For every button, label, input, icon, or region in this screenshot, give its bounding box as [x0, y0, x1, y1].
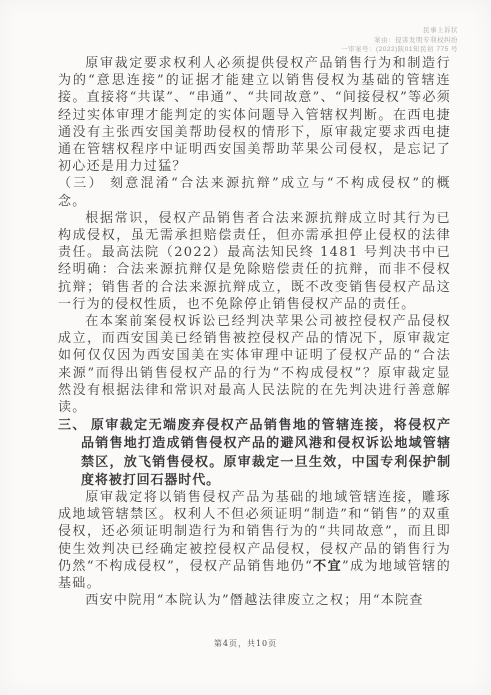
emphasized-term: 不宜 — [313, 559, 342, 574]
subsection-title: 刻意混淆“合法来源抗辩”成立与“不构成侵权”的概念。 — [58, 176, 451, 208]
case-number-label: 一审案号：(2022)陕01知民初 775 号 — [341, 45, 458, 55]
paragraph-prior-judgment: 在本案前案侵权诉讼已经判决苹果公司被控侵权产品侵权成立，而西安国美已经销售被控侵… — [58, 313, 451, 416]
document-page: 民事上诉状 案由：侵害发明专利权纠纷 一审案号：(2022)陕01知民初 775… — [0, 0, 491, 695]
paragraph-xian-court: 西安中院用“本院认为”僭越法律废立之权；用“本院查 — [58, 592, 451, 609]
doc-type-label: 民事上诉状 — [341, 26, 458, 36]
section-title: 原审裁定无端废弃侵权产品销售地的管辖连接，将侵权产品销售地打造成销售侵权产品的避… — [81, 417, 451, 487]
paragraph-territorial-jurisdiction: 原审裁定将以销售侵权产品为基础的地域管辖连接，雕琢成地域管辖禁区。权利人不但必须… — [58, 489, 451, 592]
subsection-label: （三） — [58, 176, 104, 191]
section-label: 三、 — [58, 417, 87, 432]
doc-header: 民事上诉状 案由：侵害发明专利权纠纷 一审案号：(2022)陕01知民初 775… — [341, 26, 458, 55]
subsection-heading-3: （三）刻意混淆“合法来源抗辩”成立与“不构成侵权”的概念。 — [58, 175, 451, 209]
section-heading-3: 三、原审裁定无端废弃侵权产品销售地的管辖连接，将侵权产品销售地打造成销售侵权产品… — [58, 416, 451, 489]
doc-body: 原审裁定要求权利人必须提供侵权产品销售行为和制造行为的“意思连接”的证据才能建立… — [58, 55, 451, 610]
paragraph-jurisdiction-connection: 原审裁定要求权利人必须提供侵权产品销售行为和制造行为的“意思连接”的证据才能建立… — [58, 55, 451, 175]
paragraph-legal-source-defense: 根据常识，侵权产品销售者合法来源抗辩成立时其行为已构成侵权，虽无需承担赔偿责任，… — [58, 210, 451, 313]
case-cause-label: 案由：侵害发明专利权纠纷 — [341, 36, 458, 46]
page-footer: 第4页，共10页 — [0, 638, 491, 649]
